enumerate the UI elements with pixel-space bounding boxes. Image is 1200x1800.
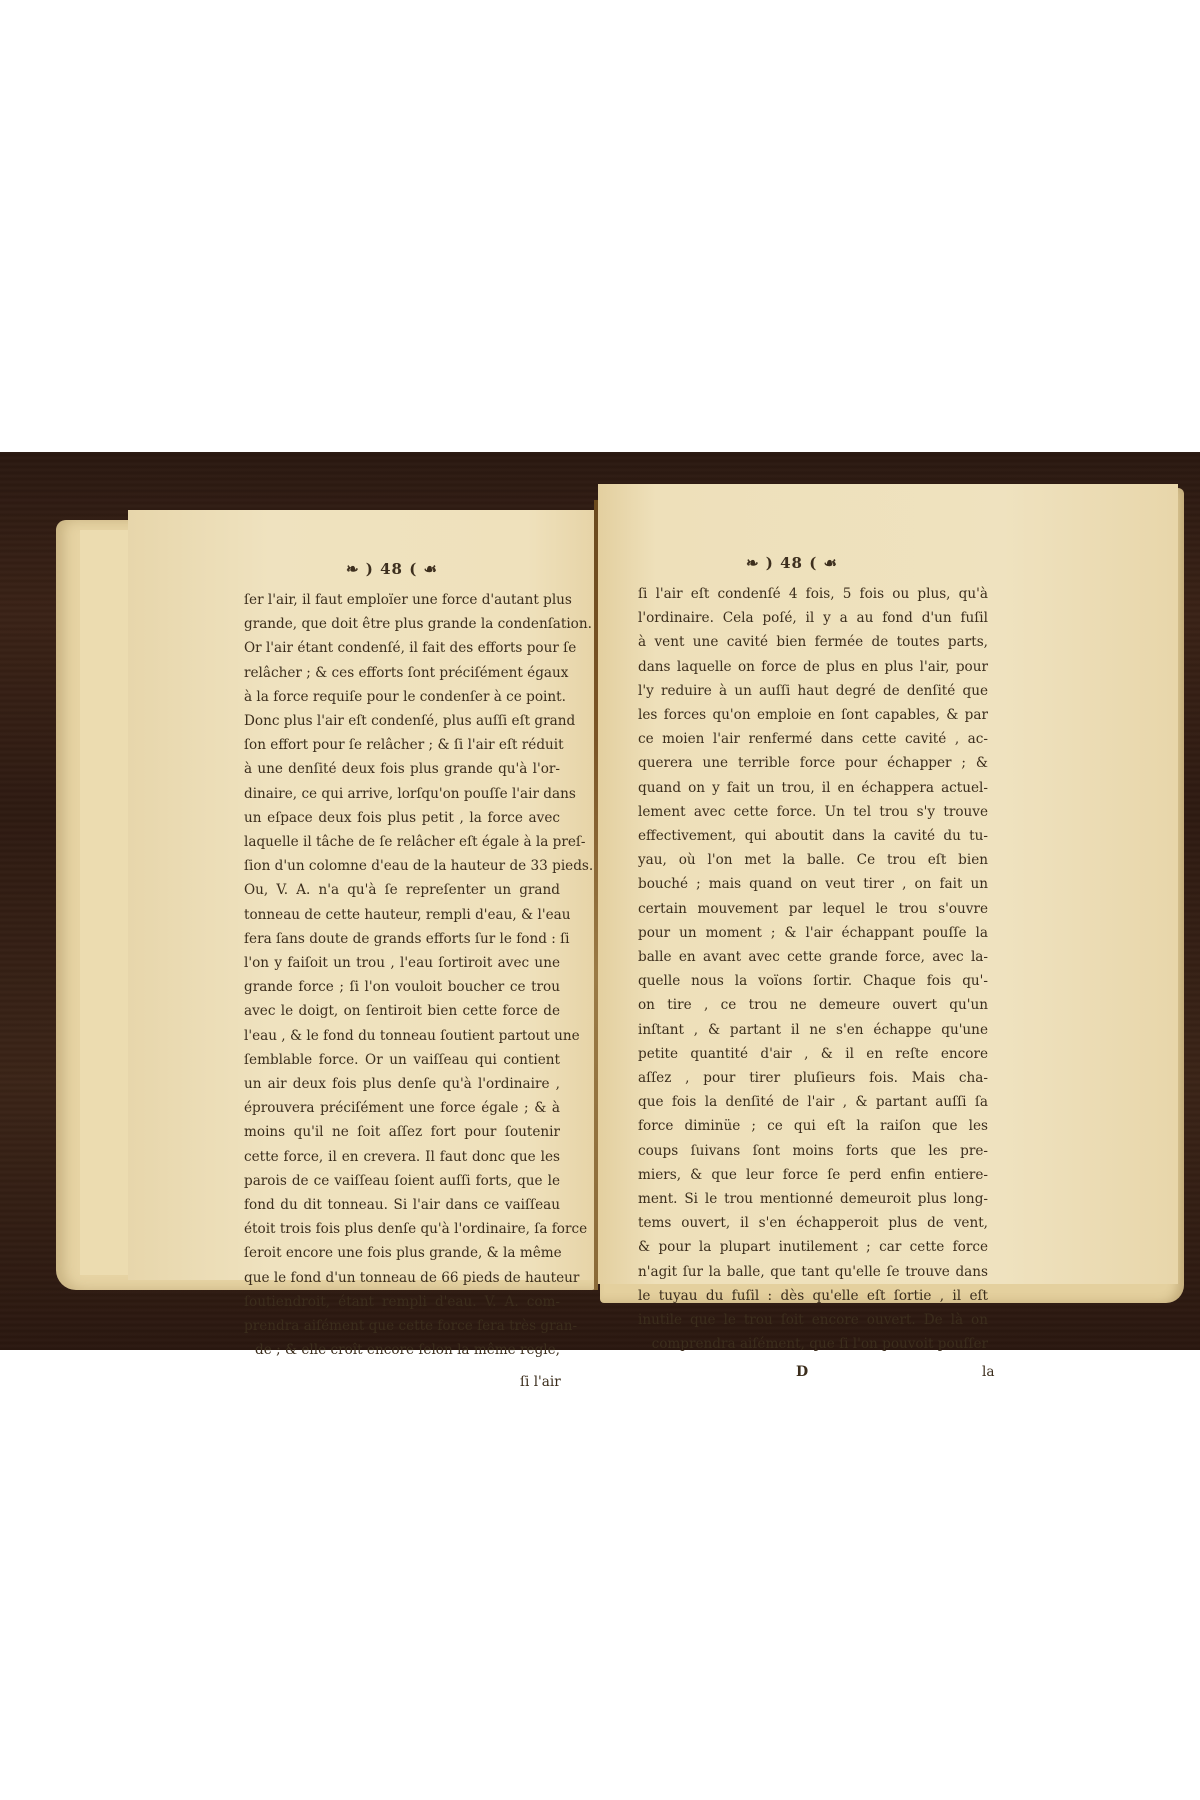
text-line: querera une terrible force pour échapper… — [638, 751, 988, 775]
text-line: cette force, il en crevera. Il faut donc… — [244, 1145, 560, 1169]
text-line: aſſez , pour tirer pluſieurs fois. Mais … — [638, 1066, 988, 1090]
text-line: ment. Si le trou mentionné demeuroit plu… — [638, 1187, 988, 1211]
text-line: ſeroit encore une fois plus grande, & la… — [244, 1241, 560, 1265]
text-line: dans laquelle on force de plus en plus l… — [638, 655, 988, 679]
text-line: certain mouvement par lequel le trou s'o… — [638, 897, 988, 921]
text-line: ſi l'air eſt condenſé 4 fois, 5 fois ou … — [638, 582, 988, 606]
text-line: & pour la plupart inutilement ; car cett… — [638, 1235, 988, 1259]
text-line: ce moien l'air renfermé dans cette cavit… — [638, 727, 988, 751]
text-line: à la force requiſe pour le condenſer à c… — [244, 685, 560, 709]
text-line: on tire , ce trou ne demeure ouvert qu'u… — [638, 993, 988, 1017]
text-line: balle en avant avec cette grande force, … — [638, 945, 988, 969]
text-line: un air deux fois plus denſe qu'à l'ordin… — [244, 1072, 560, 1096]
text-line: dinaire, ce qui arrive, lorſqu'on pouſſe… — [244, 782, 560, 806]
right-catchword: la — [982, 1364, 994, 1380]
text-line: prendra aiſément que cette force ſera tr… — [244, 1314, 560, 1338]
text-line: Ou, V. A. n'a qu'à ſe repreſenter un gra… — [244, 878, 560, 902]
text-line: petite quantité d'air , & il en reſte en… — [638, 1042, 988, 1066]
text-line: quand on y fait un trou, il en échappera… — [638, 776, 988, 800]
text-line: coups ſuivans ſont moins forts que les p… — [638, 1139, 988, 1163]
text-line: Donc plus l'air eſt condenſé, plus auſſi… — [244, 709, 560, 733]
text-line: l'y reduire à un auſſi haut degré de den… — [638, 679, 988, 703]
text-line: comprendra aiſément, que ſi l'on pouvoit… — [638, 1332, 988, 1356]
text-line: ſoutiendroit, étant rempli d'eau. V. A. … — [244, 1290, 560, 1314]
text-line: ſemblable force. Or un vaiſſeau qui cont… — [244, 1048, 560, 1072]
text-line: tems ouvert, il s'en échapperoit plus de… — [638, 1211, 988, 1235]
text-line: un eſpace deux fois plus petit , la forc… — [244, 806, 560, 830]
text-line: de ; & elle croît encore ſelon la même r… — [244, 1338, 560, 1362]
text-line: laquelle il tâche de ſe relâcher eſt éga… — [244, 830, 560, 854]
text-line: bouché ; mais quand on veut tirer , on f… — [638, 872, 988, 896]
text-line: à vent une cavité bien fermée de toutes … — [638, 630, 988, 654]
text-line: éprouvera préciſément une force égale ; … — [244, 1096, 560, 1120]
left-running-head: ❧ ) 48 ( ☙ — [346, 560, 438, 578]
text-line: fond du dit tonneau. Si l'air dans ce va… — [244, 1193, 560, 1217]
right-page: ❧ ) 48 ( ☙ ſi l'air eſt condenſé 4 fois,… — [598, 484, 1178, 1284]
left-catchword: ſi l'air — [520, 1374, 561, 1390]
signature-mark: D — [796, 1364, 808, 1380]
text-line: miers, & que leur force ſe perd enfin en… — [638, 1163, 988, 1187]
left-page-text: ſer l'air, il faut emploïer une force d'… — [244, 588, 560, 1363]
text-line: quelle nous la voïons ſortir. Chaque foi… — [638, 969, 988, 993]
right-running-head: ❧ ) 48 ( ☙ — [746, 554, 838, 572]
text-line: grande, que doit être plus grande la con… — [244, 612, 560, 636]
text-line: inutile que le trou ſoit encore ouvert. … — [638, 1308, 988, 1332]
text-line: étoit trois fois plus denſe qu'à l'ordin… — [244, 1217, 560, 1241]
text-line: relâcher ; & ces efforts ſont préciſémen… — [244, 661, 560, 685]
text-line: force diminüe ; ce qui eſt la raiſon que… — [638, 1114, 988, 1138]
text-line: le tuyau du fuſil : dès qu'elle eſt ſort… — [638, 1284, 988, 1308]
text-line: moins qu'il ne ſoit aſſez fort pour ſout… — [244, 1120, 560, 1144]
text-line: parois de ce vaiſſeau ſoient auſſi forts… — [244, 1169, 560, 1193]
text-line: tonneau de cette hauteur, rempli d'eau, … — [244, 903, 560, 927]
left-page: ❧ ) 48 ( ☙ ſer l'air, il faut emploïer u… — [128, 510, 598, 1280]
text-line: ſon effort pour ſe relâcher ; & ſi l'air… — [244, 733, 560, 757]
text-line: pour un moment ; & l'air échappant pouſſ… — [638, 921, 988, 945]
text-line: lement avec cette force. Un tel trou s'y… — [638, 800, 988, 824]
text-line: que le fond d'un tonneau de 66 pieds de … — [244, 1266, 560, 1290]
text-line: inſtant , & partant il ne s'en échappe q… — [638, 1018, 988, 1042]
text-line: n'agit ſur la balle, que tant qu'elle ſe… — [638, 1260, 988, 1284]
text-line: ſion d'un colomne d'eau de la hauteur de… — [244, 854, 560, 878]
text-line: l'ordinaire. Cela poſé, il y a au fond d… — [638, 606, 988, 630]
text-line: Or l'air étant condenſé, il fait des eff… — [244, 636, 560, 660]
text-line: que fois la denſité de l'air , & partant… — [638, 1090, 988, 1114]
text-line: ſer l'air, il faut emploïer une force d'… — [244, 588, 560, 612]
text-line: l'on y faiſoit un trou , l'eau ſortiroit… — [244, 951, 560, 975]
text-line: les forces qu'on emploie en ſont capable… — [638, 703, 988, 727]
text-line: avec le doigt, on ſentiroit bien cette f… — [244, 999, 560, 1023]
text-line: l'eau , & le fond du tonneau ſoutient pa… — [244, 1024, 560, 1048]
text-line: à une denſité deux fois plus grande qu'à… — [244, 757, 560, 781]
text-line: effectivement, qui aboutit dans la cavit… — [638, 824, 988, 848]
text-line: yau, où l'on met la balle. Ce trou eſt b… — [638, 848, 988, 872]
right-page-text: ſi l'air eſt condenſé 4 fois, 5 fois ou … — [638, 582, 988, 1357]
text-line: fera ſans doute de grands efforts ſur le… — [244, 927, 560, 951]
text-line: grande force ; ſi l'on vouloit boucher c… — [244, 975, 560, 999]
